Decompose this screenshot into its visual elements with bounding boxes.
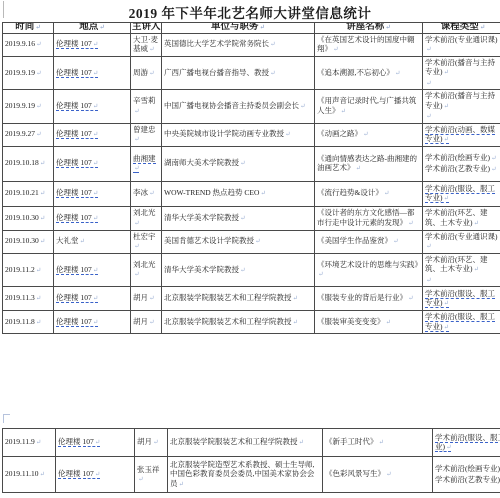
cell-unit-title: 北京服装学院服装艺术和工程学院教授	[162, 311, 315, 334]
table-row: 2019.11.3伦理楼107胡月北京服装学院服装艺术和工程学院教授《服装专业的…	[3, 287, 500, 311]
cell-time: 2019.9.19	[3, 90, 54, 124]
table-row: 2019.9.27伦理楼107曾建忠中央美院城市设计学院动画专业教授《动画之路》…	[3, 123, 500, 146]
cell-time: 2019.10.30	[3, 206, 54, 230]
cell-course-type: 学术前沿(播音与主持专业)	[423, 56, 500, 90]
table-row: 2019.9.19伦理楼107周游广西广播电视台播音指导、教授《追本溯源,不忘初…	[3, 56, 500, 90]
course-type-line: 学术前沿(专业通识课)	[425, 35, 500, 55]
cell-course-type: 学术前沿(绘画专业)学术前沿(艺教专业)	[423, 146, 500, 181]
cell-location: 伦理楼107	[54, 146, 131, 181]
table-row: 2019.10.30伦理楼107刘北光清华大学美术学院教授《设计者的东方文化感悟…	[3, 206, 500, 230]
cell-lecture-name: 《在英国艺术设计的国度中翱翔》	[315, 33, 423, 56]
course-type-line: 学术前沿(播音与主持专业)	[425, 58, 500, 78]
cell-unit-title: 北京服装学院服装艺术和工程学院教授	[168, 429, 323, 457]
table-row: 2019.11.10伦理楼107张玉祥北京服装学院造型艺术系教授、硕士生导师,中…	[3, 457, 500, 493]
cell-unit-title: 北京服装学院服装艺术和工程学院教授	[162, 287, 315, 311]
cell-course-type: 学术前沿(服设、服工专业)	[423, 181, 500, 206]
cell-speaker: 大卫·麦基威	[131, 33, 162, 56]
course-type-line	[425, 78, 500, 89]
cell-unit-title: 美国肯德艺术设计学院教授	[162, 230, 315, 253]
cell-speaker: 胡月	[131, 311, 162, 334]
cell-unit-title: 英国德比大学艺术学院常务院长	[162, 33, 315, 56]
cell-location: 伦理楼107	[54, 287, 131, 311]
page-title: 2019 年下半年北艺名师大讲堂信息统计	[0, 2, 500, 22]
cell-speaker: 张玉祥	[135, 457, 168, 493]
cell-unit-title: 中央美院城市设计学院动画专业教授	[162, 123, 315, 146]
cell-speaker: 曾建忠	[131, 123, 162, 146]
cell-speaker: 曲湘建	[131, 146, 162, 181]
cell-location: 伦理楼107	[54, 206, 131, 230]
cell-location: 伦理楼107	[54, 181, 131, 206]
column-header-unit-title: 单位与职务	[162, 23, 315, 34]
cell-lecture-name: 《服装审美变变变》	[315, 311, 423, 334]
table-row: 2019.11.8伦理楼107胡月北京服装学院服装艺术和工程学院教授《服装审美变…	[3, 311, 500, 334]
cell-course-type: 学术前沿(动画、数媒专业)	[423, 123, 500, 146]
cell-lecture-name: 《环境艺术设计的思维与实践》	[315, 253, 423, 287]
cell-speaker: 辛雪莉	[131, 90, 162, 124]
column-header-course-type: 课程类型	[423, 23, 500, 34]
course-type-line: 学术前沿(绘画专业)	[425, 153, 500, 164]
cell-speaker: 刘北光	[131, 206, 162, 230]
cell-lecture-name: 《用声音记录时代,与广播共筑人生》	[315, 90, 423, 124]
cell-location: 伦理楼107	[54, 123, 131, 146]
cell-location: 伦理楼107	[54, 90, 131, 124]
table-row: 2019.9.16伦理楼107大卫·麦基威英国德比大学艺术学院常务院长《在英国艺…	[3, 33, 500, 56]
cell-unit-title: 清华大学美术学院教授	[162, 253, 315, 287]
course-type-line: 学术前沿(艺教专业)	[435, 475, 500, 486]
cell-time: 2019.11.9	[3, 429, 56, 457]
cell-lecture-name: 《通向情感表达之路-曲湘建的油画艺术》	[315, 146, 423, 181]
cell-speaker: 胡月	[135, 429, 168, 457]
cell-time: 2019.11.2	[3, 253, 54, 287]
cell-location: 伦理楼107	[56, 457, 135, 493]
cell-location: 伦理楼107	[54, 311, 131, 334]
cell-time: 2019.9.16	[3, 33, 54, 56]
cell-course-type: 学术前沿(专业通识课)	[423, 33, 500, 56]
cell-lecture-name: 《服装专业的背后是行业》	[315, 287, 423, 311]
cell-course-type: 学术前沿(绘画专业)学术前沿(艺教专业)	[433, 457, 500, 493]
table-row: 2019.10.18伦理楼107曲湘建湖南师大美术学院教授《通向情感表达之路-曲…	[3, 146, 500, 181]
course-type-line: 学术前沿(服设、服工专业)	[425, 312, 500, 332]
cell-speaker: 刘北光	[131, 253, 162, 287]
cell-course-type: 学术前沿(服设、服工专业)	[433, 429, 500, 457]
cell-location: 伦理楼107	[54, 253, 131, 287]
course-type-line: 学术前沿(服设、服工专业)	[435, 433, 500, 453]
cell-lecture-name: 《新手工时代》	[323, 429, 433, 457]
course-type-line: 学术前沿(服设、服工专业)	[425, 289, 500, 309]
cell-course-type: 学术前沿(播音与主持专业)	[423, 90, 500, 124]
table-row: 2019.11.2伦理楼107刘北光清华大学美术学院教授《环境艺术设计的思维与实…	[3, 253, 500, 287]
course-type-line: 学术前沿(环艺、建筑、土木专业)	[425, 208, 500, 228]
cell-time: 2019.10.18	[3, 146, 54, 181]
cell-unit-title: 湖南师大美术学院教授	[162, 146, 315, 181]
column-header-time: 时间	[3, 23, 54, 34]
cell-time: 2019.11.3	[3, 287, 54, 311]
course-type-line: 学术前沿(艺教专业)	[425, 164, 500, 175]
cell-speaker: 周游	[131, 56, 162, 90]
cell-unit-title: WOW-TREND 热点趋势 CEO	[162, 181, 315, 206]
cell-time: 2019.11.8	[3, 311, 54, 334]
column-header-speaker: 主讲人	[131, 23, 162, 34]
cell-lecture-name: 《设计者的东方文化感悟—都市行走中设计元素的发现》	[315, 206, 423, 230]
course-type-line: 学术前沿(绘画专业)	[435, 464, 500, 475]
cell-unit-title: 中国广播电视协会播音主持委员会副会长	[162, 90, 315, 124]
cell-course-type: 学术前沿(环艺、建筑、土木专业)	[423, 253, 500, 287]
page-break-mark	[3, 414, 10, 425]
cell-lecture-name: 《美国学生作品鉴赏》	[315, 230, 423, 253]
table-header-row: 时间地点主讲人单位与职务讲座名称课程类型	[3, 23, 500, 34]
lecture-schedule-table-page2: 2019.11.9伦理楼107胡月北京服装学院服装艺术和工程学院教授《新手工时代…	[2, 428, 500, 493]
course-type-line: 学术前沿(环艺、建筑、土木专业)	[425, 255, 500, 275]
cell-lecture-name: 《色彩风景写生》	[323, 457, 433, 493]
cell-speaker: 李冰	[131, 181, 162, 206]
course-type-line: 学术前沿(动画、数媒专业)	[425, 125, 500, 145]
table-row: 2019.10.21伦理楼107李冰WOW-TREND 热点趋势 CEO《流行趋…	[3, 181, 500, 206]
cell-speaker: 胡月	[131, 287, 162, 311]
cell-time: 2019.11.10	[3, 457, 56, 493]
table-row: 2019.10.30大礼堂杜宏宇美国肯德艺术设计学院教授《美国学生作品鉴赏》学术…	[3, 230, 500, 253]
cell-course-type: 学术前沿(服设、服工专业)	[423, 311, 500, 334]
course-type-line: 学术前沿(服设、服工专业)	[425, 184, 500, 204]
course-type-line	[425, 111, 500, 122]
column-header-location: 地点	[54, 23, 131, 34]
cell-unit-title: 广西广播电视台播音指导、教授	[162, 56, 315, 90]
course-type-line: 学术前沿(专业通识课)	[425, 232, 500, 252]
cell-location: 伦理楼107	[56, 429, 135, 457]
column-header-lecture-name: 讲座名称	[315, 23, 423, 34]
cell-time: 2019.9.19	[3, 56, 54, 90]
cell-course-type: 学术前沿(专业通识课)	[423, 230, 500, 253]
cell-unit-title: 北京服装学院造型艺术系教授、硕士生导师,中国色彩教育委员会委员,中国美术家协会会…	[168, 457, 323, 493]
cell-location: 伦理楼107	[54, 56, 131, 90]
cell-time: 2019.9.27	[3, 123, 54, 146]
cell-location: 伦理楼107	[54, 33, 131, 56]
lecture-schedule-table-page1: 时间地点主讲人单位与职务讲座名称课程类型 2019.9.16伦理楼107大卫·麦…	[2, 22, 500, 334]
course-type-line	[425, 275, 500, 286]
cell-lecture-name: 《动画之路》	[315, 123, 423, 146]
cell-unit-title: 清华大学美术学院教授	[162, 206, 315, 230]
table-row: 2019.9.19伦理楼107辛雪莉中国广播电视协会播音主持委员会副会长《用声音…	[3, 90, 500, 124]
cell-location: 大礼堂	[54, 230, 131, 253]
course-type-line: 学术前沿(播音与主持专业)	[425, 91, 500, 111]
cell-lecture-name: 《追本溯源,不忘初心》	[315, 56, 423, 90]
cell-lecture-name: 《流行趋势&设计》	[315, 181, 423, 206]
table-row: 2019.11.9伦理楼107胡月北京服装学院服装艺术和工程学院教授《新手工时代…	[3, 429, 500, 457]
cell-speaker: 杜宏宇	[131, 230, 162, 253]
cell-course-type: 学术前沿(服设、服工专业)	[423, 287, 500, 311]
cell-course-type: 学术前沿(环艺、建筑、土木专业)	[423, 206, 500, 230]
cell-time: 2019.10.30	[3, 230, 54, 253]
document-page: 2019 年下半年北艺名师大讲堂信息统计 时间地点主讲人单位与职务讲座名称课程类…	[0, 0, 500, 498]
paragraph-mark-icon	[3, 414, 10, 423]
cell-time: 2019.10.21	[3, 181, 54, 206]
